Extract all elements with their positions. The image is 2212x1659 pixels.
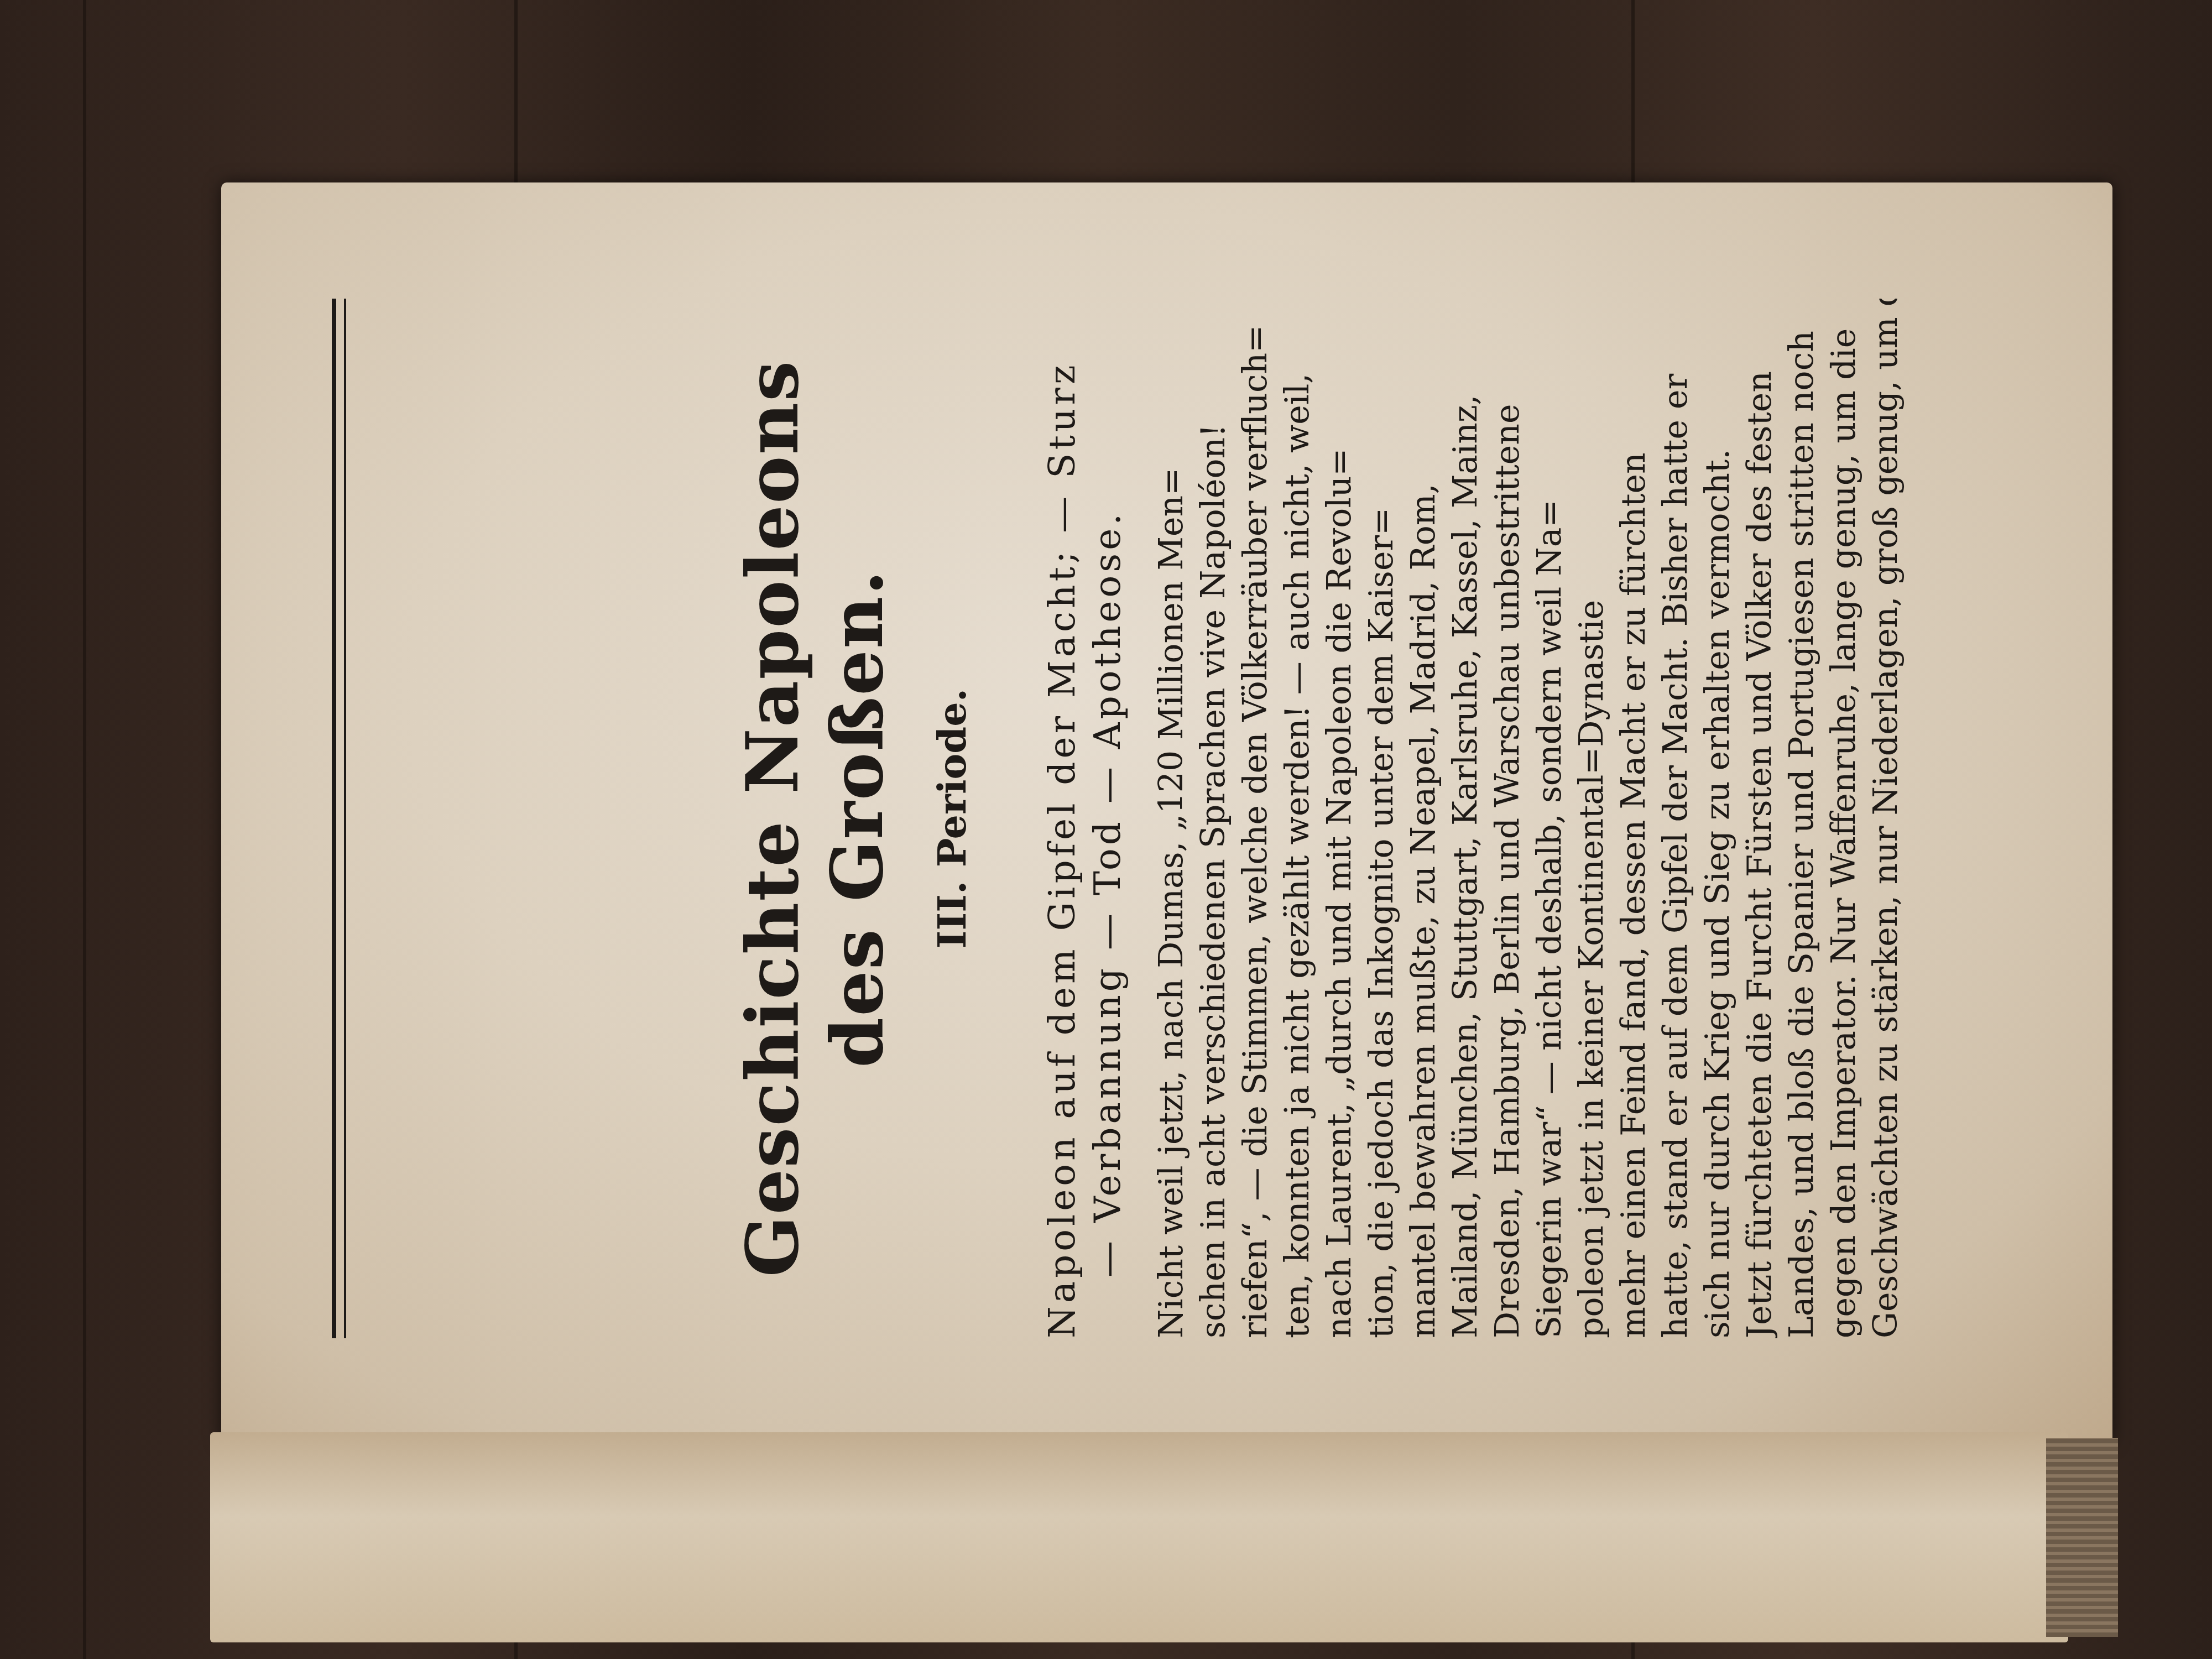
text-line: mantel bewahren mußte, zu Neapel, Madrid…	[1402, 299, 1444, 1338]
text-line: Dresden, Hamburg, Berlin und Warschau un…	[1486, 299, 1528, 1338]
text-line: Siegerin war“ — nicht deshalb, sondern w…	[1528, 299, 1571, 1338]
summary-line: Napoleon auf dem Gipfel der Macht; — Stu…	[1040, 299, 1085, 1338]
ornamental-rule	[332, 299, 346, 1338]
period-heading: III. Periode.	[929, 299, 975, 1338]
text-line: Nicht weil jetzt, nach Dumas, „120 Milli…	[1150, 299, 1192, 1338]
summary-line: — Verbannung — Tod — Apotheose.	[1085, 299, 1130, 1338]
text-line: hatte, stand er auf dem Gipfel der Macht…	[1655, 299, 1697, 1338]
text-line: riefen“, — die Stimmen, welche den Völke…	[1234, 299, 1276, 1338]
text-line: schen in acht verschiedenen Sprachen viv…	[1192, 299, 1234, 1338]
text-line: gegen den Imperator. Nur Waffenruhe, lan…	[1823, 299, 1865, 1338]
chapter-summary: Napoleon auf dem Gipfel der Macht; — Stu…	[1040, 299, 1130, 1338]
page-content: Geschichte Napoleons des Großen. III. Pe…	[332, 260, 1936, 1338]
text-line: ten, konnten ja nicht gezählt werden! — …	[1276, 299, 1318, 1338]
facing-page	[210, 1432, 2068, 1642]
text-line: poleon jetzt in keiner Kontinental=Dynas…	[1571, 299, 1613, 1338]
text-line: tion, die jedoch das Inkognito unter dem…	[1360, 299, 1402, 1338]
chapter-title: Geschichte Napoleons des Großen.	[730, 299, 899, 1338]
text-line: Jetzt fürchteten die Furcht Fürsten und …	[1739, 299, 1781, 1338]
book-spine	[2046, 1438, 2118, 1637]
text-line: nach Laurent, „durch und mit Napoleon di…	[1318, 299, 1360, 1338]
text-line: Landes, und bloß die Spanier und Portugi…	[1781, 299, 1823, 1338]
body-text: Nicht weil jetzt, nach Dumas, „120 Milli…	[1150, 299, 1907, 1338]
text-line: Mailand, München, Stuttgart, Karlsruhe, …	[1444, 299, 1486, 1338]
plank-seam	[83, 0, 86, 1659]
text-line: sich nur durch Krieg und Sieg zu erhalte…	[1697, 299, 1739, 1338]
text-line: Geschwächten zu stärken, nur Niederlagen…	[1865, 299, 1907, 1338]
text-line: mehr einen Feind fand, dessen Macht er z…	[1613, 299, 1655, 1338]
